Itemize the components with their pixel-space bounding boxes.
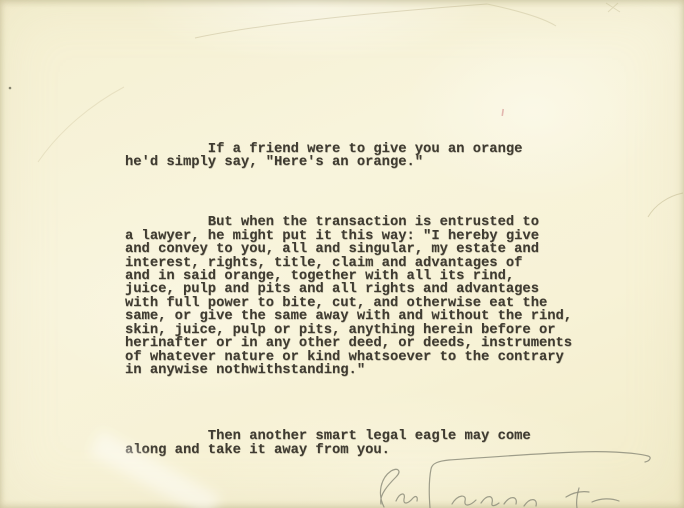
letter-body: If a friend were to give you an orange h… (125, 116, 572, 484)
scanned-letter: If a friend were to give you an orange h… (0, 0, 684, 508)
paragraph-lawyer-version: But when the transaction is entrusted to… (125, 216, 572, 377)
paragraph-friend-orange: If a friend were to give you an orange h… (125, 143, 572, 170)
paragraph-legal-eagle: Then another smart legal eagle may come … (125, 430, 572, 457)
